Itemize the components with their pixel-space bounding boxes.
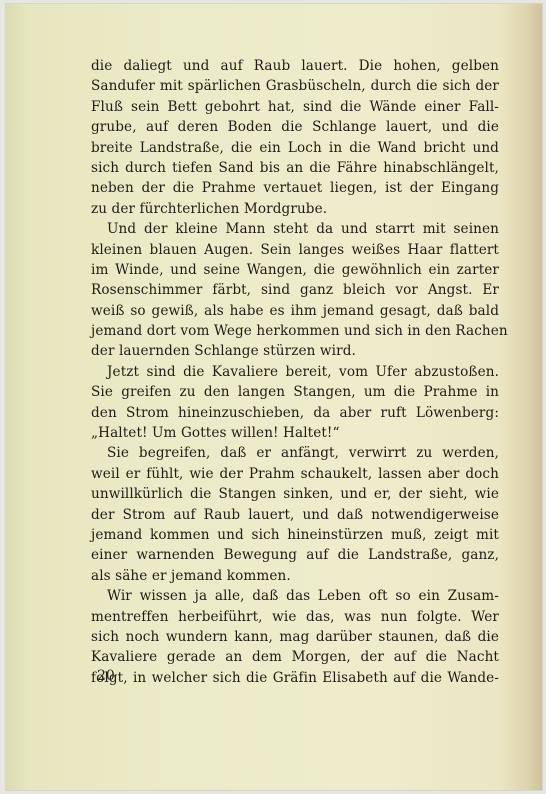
text-line: Sandufer mit spärlichen Grasbüscheln, du… [91,76,499,96]
text-line: breite Landstraße, die ein Loch in die W… [91,138,499,158]
body-text: die daliegt und auf Raub lauert. Die hoh… [91,56,499,688]
text-line: einer warnenden Bewegung auf die Landstr… [91,545,499,565]
text-line: Rosenschimmer färbt, sind ganz bleich vo… [91,280,499,300]
paragraph-1: die daliegt und auf Raub lauert. Die hoh… [91,56,499,219]
paragraph-3: Jetzt sind die Kavaliere bereit, vom Ufe… [91,362,499,444]
text-line: zu der fürchterlichen Mordgrube. [91,199,499,219]
text-line: Sie greifen zu den langen Stangen, um di… [91,382,499,402]
paragraph-4: Sie begreifen, daß er anfängt, verwirrt … [91,443,499,586]
text-line: weil er fühlt, wie der Prahm schaukelt, … [91,464,499,484]
text-line: im Winde, und seine Wangen, die gewöhnli… [91,260,499,280]
text-line: grube, auf deren Boden die Schlange laue… [91,117,499,137]
text-line: der Strom auf Raub lauert, und daß notwe… [91,505,499,525]
text-line: Und der kleine Mann steht da und starrt … [91,219,499,239]
text-line: sich durch tiefen Sand bis an die Fähre … [91,158,499,178]
text-line: jemand dort vom Wege herkommen und sich … [91,321,499,341]
text-line: neben der die Prahme vertauet liegen, is… [91,178,499,198]
text-line: Jetzt sind die Kavaliere bereit, vom Ufe… [91,362,499,382]
paragraph-5: Wir wissen ja alle, daß das Leben oft so… [91,586,499,688]
text-line: unwillkürlich die Stangen sinken, und er… [91,484,499,504]
text-line: Wir wissen ja alle, daß das Leben oft so… [91,586,499,606]
text-line: jemand kommen und sich hineinstürzen muß… [91,525,499,545]
page-number: 20 [97,668,115,684]
text-line: Fluß sein Bett gebohrt hat, sind die Wän… [91,97,499,117]
text-line: die daliegt und auf Raub lauert. Die hoh… [91,56,499,76]
text-line: der lauernden Schlange stürzen wird. [91,341,499,361]
text-line: sich noch wundern kann, mag darüber stau… [91,627,499,647]
text-line: mentreffen herbeiführt, wie das, was nun… [91,607,499,627]
text-line: als sähe er jemand kommen. [91,566,499,586]
book-page: die daliegt und auf Raub lauert. Die hoh… [6,4,542,790]
text-line: den Strom hineinzuschieben, da aber ruft… [91,403,499,423]
paragraph-2: Und der kleine Mann steht da und starrt … [91,219,499,362]
text-line: kleinen blauen Augen. Sein langes weißes… [91,240,499,260]
text-line: folgt, in welcher sich die Gräfin Elisab… [91,668,499,688]
text-line: Kavaliere gerade an dem Morgen, der auf … [91,647,499,667]
text-line: weiß so gewiß, als habe es ihm jemand ge… [91,301,499,321]
text-line: „Haltet! Um Gottes willen! Haltet!“ [91,423,499,443]
text-line: Sie begreifen, daß er anfängt, verwirrt … [91,443,499,463]
